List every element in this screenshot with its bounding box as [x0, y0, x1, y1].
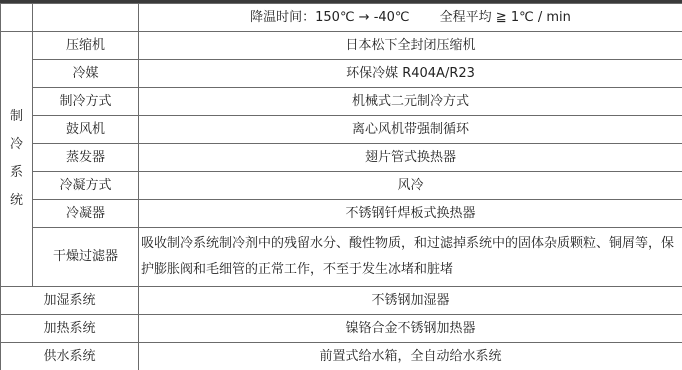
spec-label: 冷凝方式: [33, 172, 139, 200]
table-row: 蒸发器 翅片管式换热器: [1, 144, 682, 172]
table-row: 鼓风机 离心风机带强制循环: [1, 116, 682, 144]
spec-label: 鼓风机: [33, 116, 139, 144]
spec-table: 降温时间：150℃ → -40℃ 全程平均 ≧ 1℃ / min 制 冷 系 统…: [0, 3, 682, 370]
spec-label: 蒸发器: [33, 144, 139, 172]
spec-label: 制冷方式: [33, 88, 139, 116]
table-row: 加热系统 镍铬合金不锈钢加热器: [1, 315, 682, 343]
table-row: 冷媒 环保冷媒 R404A/R23: [1, 60, 682, 88]
spec-value: 翅片管式换热器: [139, 144, 682, 172]
table-row: 制冷方式 机械式二元制冷方式: [1, 88, 682, 116]
spec-value: 不锈钢加湿器: [139, 287, 682, 315]
spec-label: 加热系统: [1, 315, 139, 343]
spec-value: 吸收制冷系统制冷剂中的残留水分、酸性物质，和过滤掉系统中的固体杂质颗粒、铜屑等，…: [139, 228, 682, 287]
table-row: 制 冷 系 统 压缩机 日本松下全封闭压缩机: [1, 32, 682, 60]
table-row: 加湿系统 不锈钢加湿器: [1, 287, 682, 315]
spec-value: 不锈钢钎焊板式换热器: [139, 200, 682, 228]
group-label-char: 系: [10, 165, 23, 181]
spec-label: 冷凝器: [33, 200, 139, 228]
refrigeration-system-group-label: 制 冷 系 统: [1, 32, 33, 287]
spec-value: 镍铬合金不锈钢加热器: [139, 315, 682, 343]
table-row: 干燥过滤器 吸收制冷系统制冷剂中的残留水分、酸性物质，和过滤掉系统中的固体杂质颗…: [1, 228, 682, 287]
table-row: 冷凝方式 风冷: [1, 172, 682, 200]
spec-value: 日本松下全封闭压缩机: [139, 32, 682, 60]
spec-value: 风冷: [139, 172, 682, 200]
header-cell-empty: [33, 4, 139, 32]
spec-label: 压缩机: [33, 32, 139, 60]
cooling-rate-value: 降温时间：150℃ → -40℃ 全程平均 ≧ 1℃ / min: [139, 4, 682, 32]
header-cell-empty: [1, 4, 33, 32]
table-row: 供水系统 前置式给水箱，全自动给水系统: [1, 343, 682, 370]
spec-value: 前置式给水箱，全自动给水系统: [139, 343, 682, 370]
spec-value: 环保冷媒 R404A/R23: [139, 60, 682, 88]
spec-label: 冷媒: [33, 60, 139, 88]
spec-value: 机械式二元制冷方式: [139, 88, 682, 116]
group-label-char: 冷: [10, 137, 23, 153]
group-label-char: 统: [10, 193, 23, 209]
spec-label: 加湿系统: [1, 287, 139, 315]
table-row: 降温时间：150℃ → -40℃ 全程平均 ≧ 1℃ / min: [1, 4, 682, 32]
spec-value: 离心风机带强制循环: [139, 116, 682, 144]
spec-label: 供水系统: [1, 343, 139, 370]
spec-label: 干燥过滤器: [33, 228, 139, 287]
group-label-char: 制: [10, 109, 23, 125]
table-row: 冷凝器 不锈钢钎焊板式换热器: [1, 200, 682, 228]
